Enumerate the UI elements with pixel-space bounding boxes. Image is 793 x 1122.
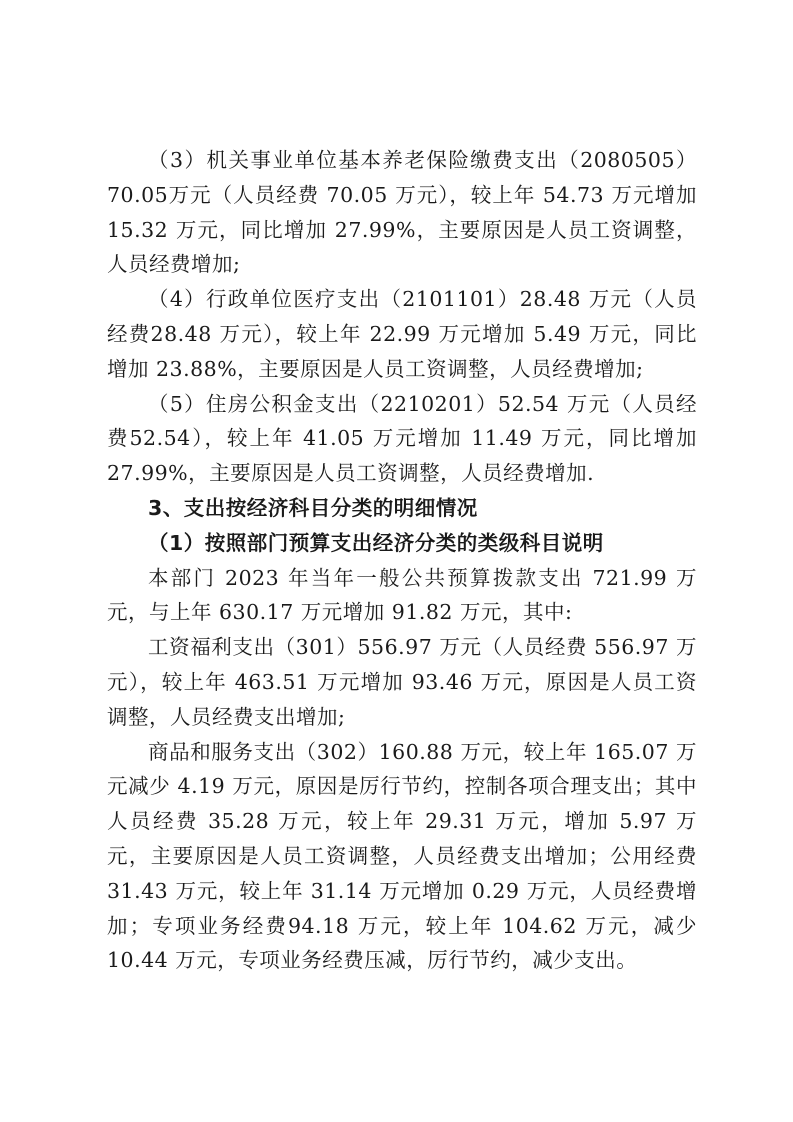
paragraph-goods-services: 商品和服务支出（302）160.88 万元，较上年 165.07 万元减少 4.… <box>107 735 697 979</box>
paragraph-general-budget-total: 本部门 2023 年当年一般公共预算拨款支出 721.99 万元，与上年 630… <box>107 561 697 631</box>
document-page: （3）机关事业单位基本养老保险缴费支出（2080505）70.05万元（人员经费… <box>107 143 697 978</box>
paragraph-housing-fund: （5）住房公积金支出（2210201）52.54 万元（人员经费52.54），较… <box>107 387 697 491</box>
paragraph-pension-insurance: （3）机关事业单位基本养老保险缴费支出（2080505）70.05万元（人员经费… <box>107 143 697 282</box>
paragraph-wages-welfare: 工资福利支出（301）556.97 万元（人员经费 556.97 万元），较上年… <box>107 630 697 734</box>
paragraph-medical-expense: （4）行政单位医疗支出（2101101）28.48 万元（人员经费28.48 万… <box>107 282 697 386</box>
section-heading-economic-classification: 3、支出按经济科目分类的明细情况 <box>107 491 697 526</box>
subsection-heading-category-explanation: （1）按照部门预算支出经济分类的类级科目说明 <box>107 526 697 561</box>
